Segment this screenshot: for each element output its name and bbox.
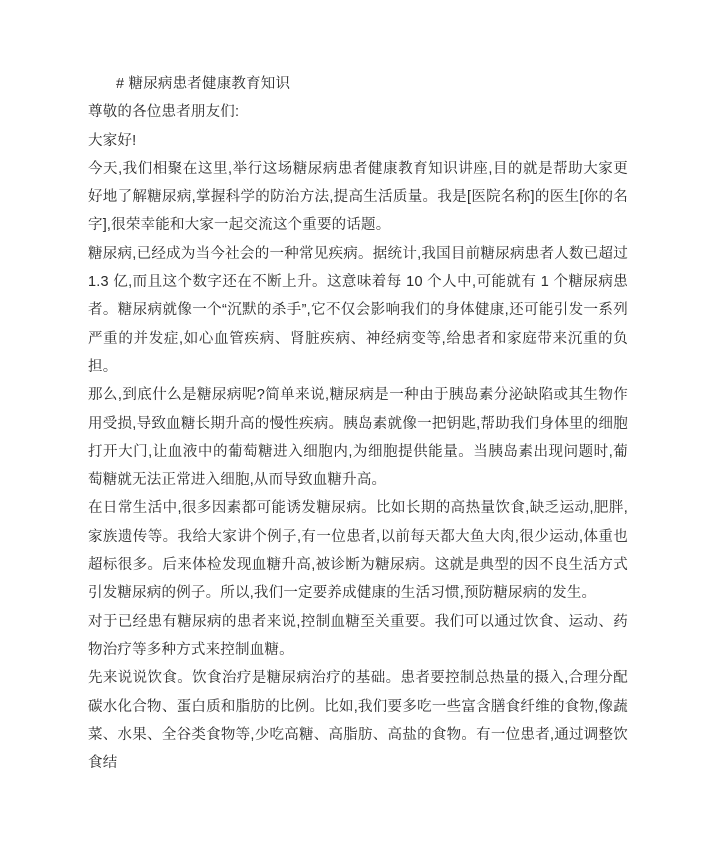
paragraph-risk-factors: 在日常生活中,很多因素都可能诱发糖尿病。比如长期的高热量饮食,缺乏运动,肥胖,家…: [88, 494, 628, 607]
paragraph-prevalence: 糖尿病,已经成为当今社会的一种常见疾病。据统计,我国目前糖尿病患者人数已超过 1…: [88, 240, 628, 381]
paragraph-control-overview: 对于已经患有糖尿病的患者来说,控制血糖至关重要。我们可以通过饮食、运动、药物治疗…: [88, 608, 628, 665]
greeting-line: 大家好!: [88, 127, 628, 155]
document-title: # 糖尿病患者健康教育知识: [88, 70, 628, 98]
document-page: # 糖尿病患者健康教育知识 尊敬的各位患者朋友们: 大家好! 今天,我们相聚在这…: [0, 0, 708, 841]
document-content: # 糖尿病患者健康教育知识 尊敬的各位患者朋友们: 大家好! 今天,我们相聚在这…: [88, 70, 628, 777]
salutation-line: 尊敬的各位患者朋友们:: [88, 98, 628, 126]
paragraph-diet-therapy: 先来说说饮食。饮食治疗是糖尿病治疗的基础。患者要控制总热量的摄入,合理分配碳水化…: [88, 664, 628, 777]
paragraph-definition: 那么,到底什么是糖尿病呢?简单来说,糖尿病是一种由于胰岛素分泌缺陷或其生物作用受…: [88, 381, 628, 494]
paragraph-introduction: 今天,我们相聚在这里,举行这场糖尿病患者健康教育知识讲座,目的就是帮助大家更好地…: [88, 155, 628, 240]
